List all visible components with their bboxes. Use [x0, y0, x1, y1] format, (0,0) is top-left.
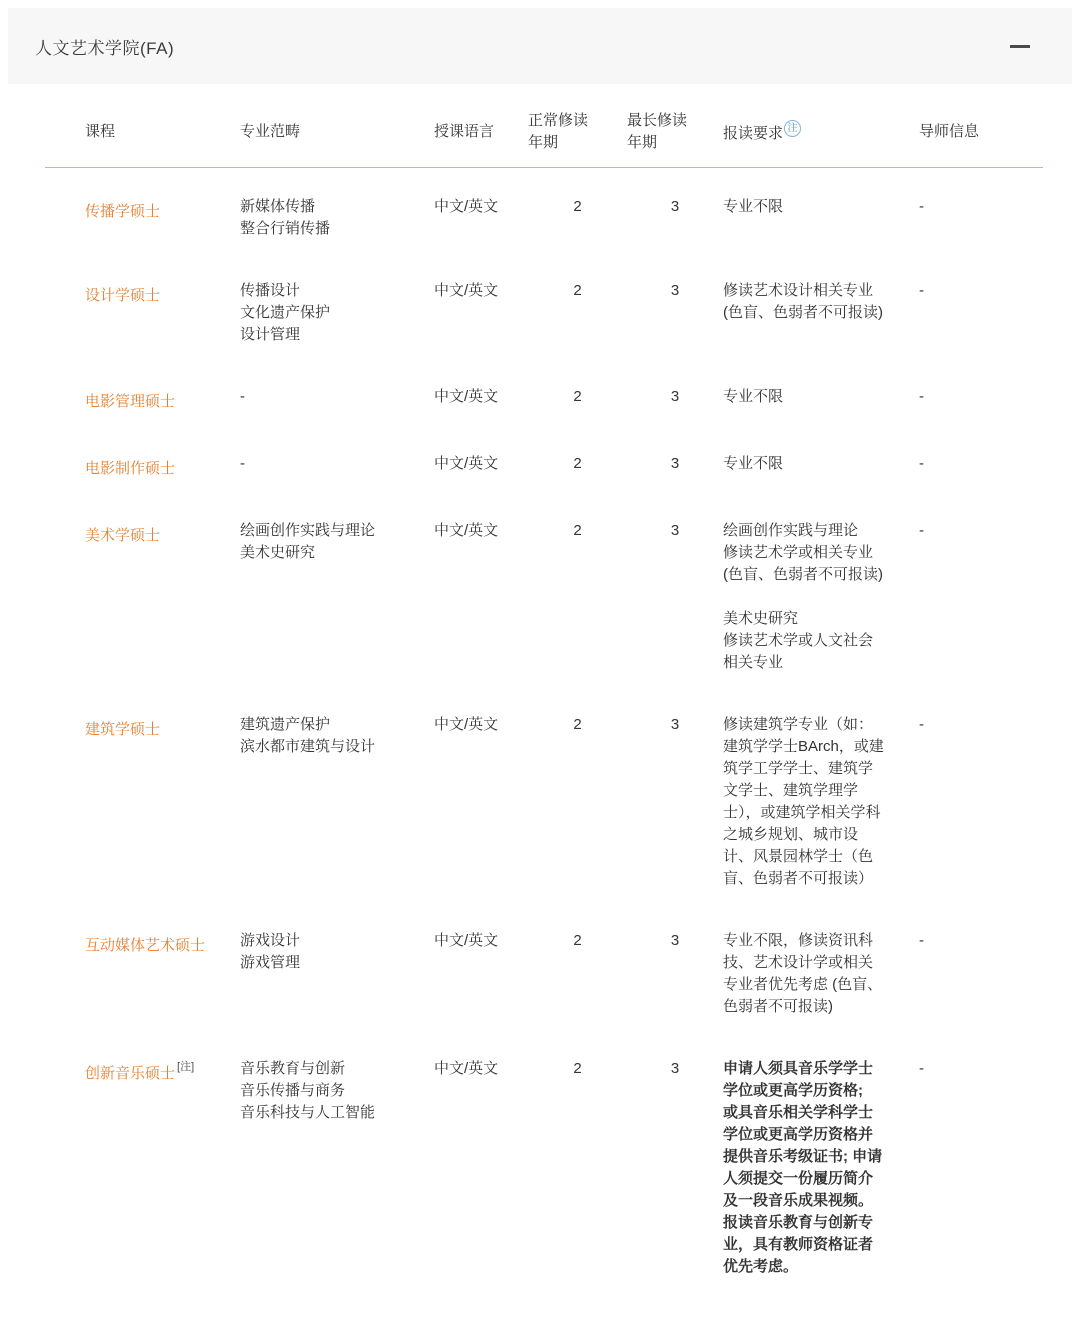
max-years-cell: 3: [627, 492, 723, 686]
normal-years-cell: 2: [528, 168, 627, 253]
course-cell: 电影制作硕士: [45, 425, 240, 492]
max-years-cell: 3: [627, 358, 723, 425]
course-listing-page: 人文艺术学院(FA) 课程 专业范畴 授课语言 正常修读 年期: [0, 8, 1080, 1290]
majors-cell: 绘画创作实践与理论 美术史研究: [240, 492, 434, 686]
course-row: 传播学硕士 新媒体传播 整合行销传播 中文/英文 2 3 专业不限 -: [45, 168, 1043, 253]
majors-cell: 游戏设计 游戏管理: [240, 902, 434, 1030]
language-cell: 中文/英文: [434, 1030, 528, 1290]
course-row: 创新音乐硕士[注] 音乐教育与创新 音乐传播与商务 音乐科技与人工智能 中文/英…: [45, 1030, 1043, 1290]
supervisor-cell: -: [919, 358, 1043, 425]
course-name: 创新音乐硕士: [85, 1065, 175, 1082]
normal-years-cell: 2: [528, 1030, 627, 1290]
normal-years-cell: 2: [528, 358, 627, 425]
supervisor-cell: -: [919, 252, 1043, 358]
normal-years-cell: 2: [528, 252, 627, 358]
requirement-text: 专业不限: [723, 198, 783, 215]
col-header-majors: 专业范畴: [240, 110, 434, 168]
col-header-max-years: 最长修读 年期: [627, 110, 723, 168]
course-table: 课程 专业范畴 授课语言 正常修读 年期 最长修读 年期 报读要求注 导师信息 …: [45, 110, 1043, 1290]
col-header-supervisor: 导师信息: [919, 110, 1043, 168]
max-years-cell: 3: [627, 425, 723, 492]
normal-years-cell: 2: [528, 425, 627, 492]
majors-cell: 传播设计 文化遗产保护 设计管理: [240, 252, 434, 358]
minus-icon: [1010, 45, 1030, 48]
course-cell: 建筑学硕士: [45, 686, 240, 902]
language-cell: 中文/英文: [434, 902, 528, 1030]
course-cell: 美术学硕士: [45, 492, 240, 686]
course-row: 建筑学硕士 建筑遗产保护 滨水都市建筑与设计 中文/英文 2 3 修读建筑学专业…: [45, 686, 1043, 902]
course-link[interactable]: 设计学硕士: [85, 287, 162, 304]
course-cell: 电影管理硕士: [45, 358, 240, 425]
course-link[interactable]: 美术学硕士: [85, 527, 162, 544]
max-years-cell: 3: [627, 902, 723, 1030]
course-name: 设计学硕士: [85, 287, 160, 304]
course-cell: 互动媒体艺术硕士: [45, 902, 240, 1030]
course-name: 美术学硕士: [85, 527, 160, 544]
course-name: 电影制作硕士: [85, 460, 175, 477]
max-years-cell: 3: [627, 168, 723, 253]
course-note: [注]: [177, 1061, 194, 1073]
table-header-row: 课程 专业范畴 授课语言 正常修读 年期 最长修读 年期 报读要求注 导师信息: [45, 110, 1043, 168]
requirement-text: 修读艺术设计相关专业 (色盲、色弱者不可报读): [723, 282, 883, 321]
col-header-course: 课程: [45, 110, 240, 168]
course-link[interactable]: 传播学硕士: [85, 203, 162, 220]
course-row: 电影制作硕士 - 中文/英文 2 3 专业不限 -: [45, 425, 1043, 492]
course-table-body: 传播学硕士 新媒体传播 整合行销传播 中文/英文 2 3 专业不限 - 设计学硕…: [45, 168, 1043, 1291]
note-badge[interactable]: 注: [784, 120, 801, 137]
supervisor-cell: -: [919, 168, 1043, 253]
language-cell: 中文/英文: [434, 168, 528, 253]
course-row: 美术学硕士 绘画创作实践与理论 美术史研究 中文/英文 2 3 绘画创作实践与理…: [45, 492, 1043, 686]
requirement-cell: 修读建筑学专业（如：建筑学学士BArch，或建筑学工学学士、建筑学文学士、建筑学…: [723, 686, 919, 902]
course-link[interactable]: 创新音乐硕士[注]: [85, 1065, 194, 1082]
requirement-cell: 专业不限: [723, 425, 919, 492]
supervisor-cell: -: [919, 686, 1043, 902]
language-cell: 中文/英文: [434, 686, 528, 902]
normal-years-cell: 2: [528, 492, 627, 686]
course-name: 互动媒体艺术硕士: [85, 937, 205, 954]
col-header-requirements-label: 报读要求: [723, 125, 783, 142]
max-years-cell: 3: [627, 252, 723, 358]
course-row: 电影管理硕士 - 中文/英文 2 3 专业不限 -: [45, 358, 1043, 425]
requirement-text: 申请人须具音乐学学士学位或更高学历资格; 或具音乐相关学科学士学位或更高学历资格…: [723, 1060, 882, 1275]
requirement-cell: 申请人须具音乐学学士学位或更高学历资格; 或具音乐相关学科学士学位或更高学历资格…: [723, 1030, 919, 1290]
course-row: 设计学硕士 传播设计 文化遗产保护 设计管理 中文/英文 2 3 修读艺术设计相…: [45, 252, 1043, 358]
requirement-text: 绘画创作实践与理论 修读艺术学或相关专业 (色盲、色弱者不可报读) 美术史研究 …: [723, 522, 883, 671]
supervisor-cell: -: [919, 425, 1043, 492]
requirement-cell: 专业不限，修读资讯科技、艺术设计学或相关专业者优先考虑 (色盲、色弱者不可报读): [723, 902, 919, 1030]
language-cell: 中文/英文: [434, 492, 528, 686]
majors-cell: 建筑遗产保护 滨水都市建筑与设计: [240, 686, 434, 902]
course-row: 互动媒体艺术硕士 游戏设计 游戏管理 中文/英文 2 3 专业不限，修读资讯科技…: [45, 902, 1043, 1030]
course-cell: 传播学硕士: [45, 168, 240, 253]
course-cell: 设计学硕士: [45, 252, 240, 358]
language-cell: 中文/英文: [434, 252, 528, 358]
requirement-cell: 专业不限: [723, 168, 919, 253]
majors-cell: 音乐教育与创新 音乐传播与商务 音乐科技与人工智能: [240, 1030, 434, 1290]
requirement-text: 专业不限，修读资讯科技、艺术设计学或相关专业者优先考虑 (色盲、色弱者不可报读): [723, 932, 882, 1015]
course-link[interactable]: 建筑学硕士: [85, 721, 162, 738]
course-link[interactable]: 电影制作硕士: [85, 460, 177, 477]
course-name: 建筑学硕士: [85, 721, 160, 738]
majors-cell: -: [240, 425, 434, 492]
majors-cell: 新媒体传播 整合行销传播: [240, 168, 434, 253]
collapse-button[interactable]: [1008, 35, 1032, 58]
course-name: 传播学硕士: [85, 203, 160, 220]
language-cell: 中文/英文: [434, 425, 528, 492]
max-years-cell: 3: [627, 686, 723, 902]
requirement-text: 专业不限: [723, 388, 783, 405]
col-header-language: 授课语言: [434, 110, 528, 168]
course-table-container: 课程 专业范畴 授课语言 正常修读 年期 最长修读 年期 报读要求注 导师信息 …: [45, 84, 1043, 1290]
majors-cell: -: [240, 358, 434, 425]
col-header-requirements: 报读要求注: [723, 110, 919, 168]
requirement-cell: 绘画创作实践与理论 修读艺术学或相关专业 (色盲、色弱者不可报读) 美术史研究 …: [723, 492, 919, 686]
course-link[interactable]: 电影管理硕士: [85, 393, 177, 410]
faculty-panel-header: 人文艺术学院(FA): [8, 8, 1072, 84]
requirement-text: 修读建筑学专业（如：建筑学学士BArch，或建筑学工学学士、建筑学文学士、建筑学…: [723, 716, 884, 887]
requirement-text: 专业不限: [723, 455, 783, 472]
supervisor-cell: -: [919, 1030, 1043, 1290]
supervisor-cell: -: [919, 902, 1043, 1030]
supervisor-cell: -: [919, 492, 1043, 686]
faculty-title: 人文艺术学院(FA): [35, 34, 174, 59]
course-cell: 创新音乐硕士[注]: [45, 1030, 240, 1290]
requirement-cell: 修读艺术设计相关专业 (色盲、色弱者不可报读): [723, 252, 919, 358]
col-header-normal-years: 正常修读 年期: [528, 110, 627, 168]
language-cell: 中文/英文: [434, 358, 528, 425]
requirement-cell: 专业不限: [723, 358, 919, 425]
normal-years-cell: 2: [528, 902, 627, 1030]
course-link[interactable]: 互动媒体艺术硕士: [85, 937, 207, 954]
max-years-cell: 3: [627, 1030, 723, 1290]
normal-years-cell: 2: [528, 686, 627, 902]
course-name: 电影管理硕士: [85, 393, 175, 410]
